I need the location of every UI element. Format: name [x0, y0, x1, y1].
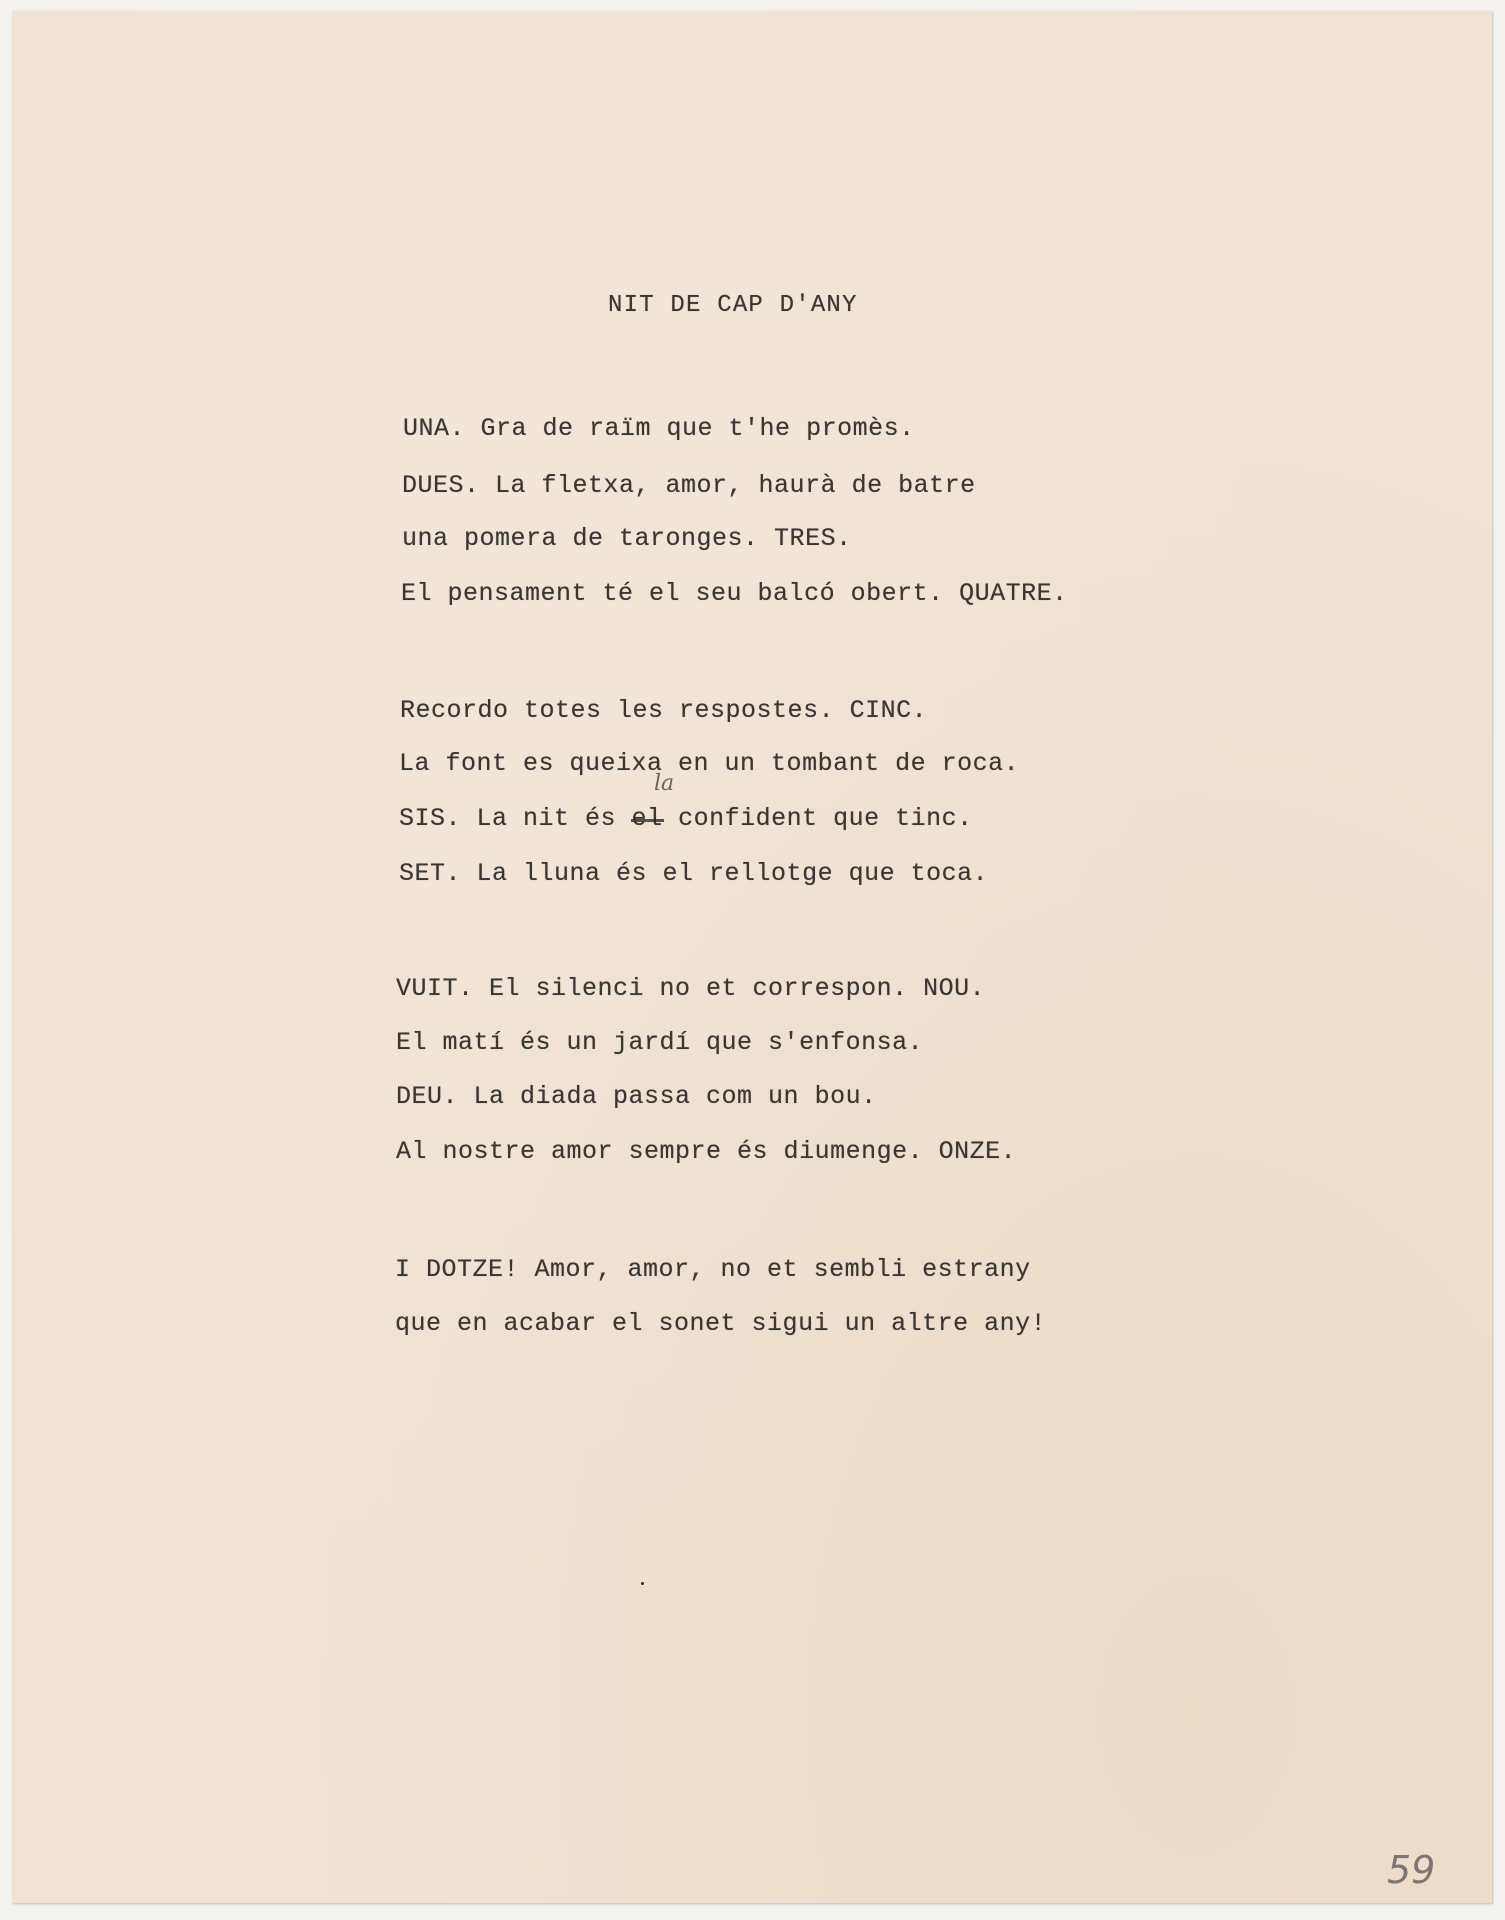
- poem-line-corrected: SIS. La nit és el confident que tinc.: [399, 804, 973, 833]
- line-prefix: SIS. La nit és: [399, 804, 632, 833]
- line-suffix: confident que tinc.: [663, 804, 973, 833]
- poem-line: La font es queixa en un tombant de roca.: [399, 749, 1019, 778]
- poem-line: SET. La lluna és el rellotge que toca.: [399, 859, 988, 888]
- poem-line: DUES. La fletxa, amor, haurà de batre: [402, 471, 976, 500]
- ink-speck: [641, 1582, 644, 1585]
- poem-line: que en acabar el sonet sigui un altre an…: [395, 1309, 1046, 1338]
- poem-line: Recordo totes les respostes. CINC.: [400, 696, 927, 725]
- poem-line: una pomera de taronges. TRES.: [402, 524, 852, 553]
- poem-line: VUIT. El silenci no et correspon. NOU.: [396, 974, 985, 1003]
- poem-line: I DOTZE! Amor, amor, no et sembli estran…: [395, 1255, 1031, 1284]
- poem-line: DEU. La diada passa com un bou.: [396, 1082, 877, 1111]
- handwritten-page-number: 59: [1387, 1848, 1435, 1892]
- typewritten-page: NIT DE CAP D'ANY UNA. Gra de raïm que t'…: [12, 11, 1492, 1903]
- poem-title: NIT DE CAP D'ANY: [608, 292, 858, 319]
- handwritten-correction: la: [654, 771, 674, 796]
- poem-line: Al nostre amor sempre és diumenge. ONZE.: [396, 1137, 1016, 1166]
- poem-line: El matí és un jardí que s'enfonsa.: [396, 1028, 923, 1057]
- poem-line: El pensament té el seu balcó obert. QUAT…: [401, 579, 1068, 608]
- poem-line: UNA. Gra de raïm que t'he promès.: [403, 414, 915, 443]
- struck-word: el: [632, 804, 663, 833]
